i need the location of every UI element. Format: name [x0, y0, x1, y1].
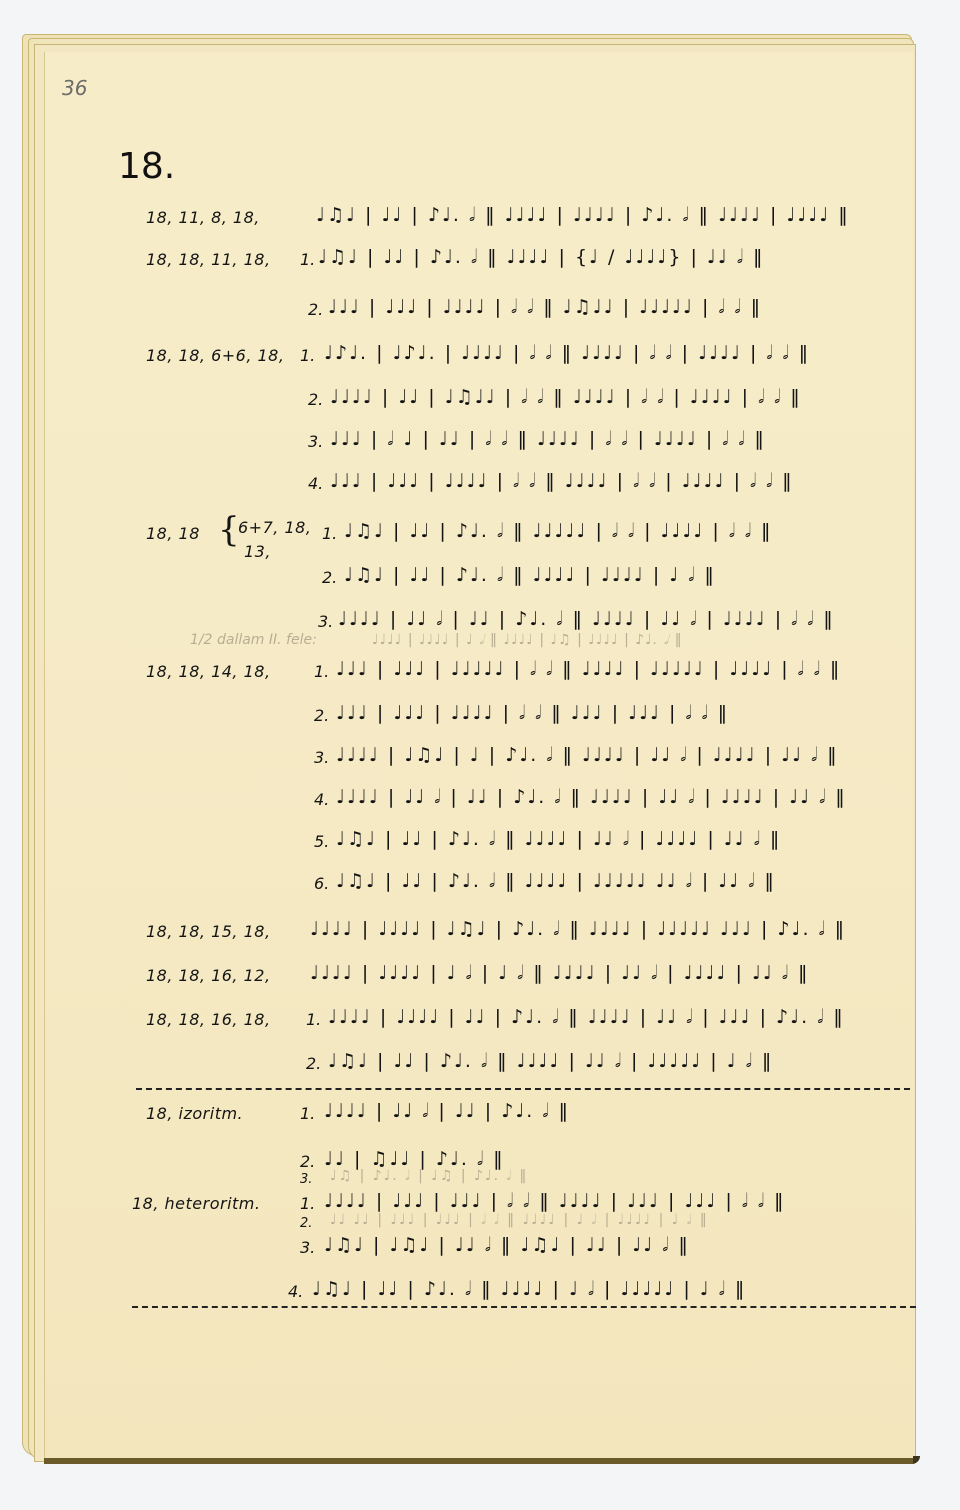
pencil-rhythm: ♩♩♩♩ | ♩♩♩♩ | ♩ 𝅗𝅥 ‖ ♩♩♩♩ | ♩♫ | ♩♩♩♩ | …: [372, 632, 683, 648]
rhythm-line: ♩♩♩♩ | ♩♩♩♩ | ♩ 𝅗𝅥 | ♩ 𝅗𝅥 ‖ ♩♩♩♩ | ♩♩ 𝅗𝅥…: [310, 962, 810, 984]
line-number: 3.: [308, 432, 323, 451]
entry-label: 18, 18, 11, 18,: [146, 250, 271, 269]
rhythm-line: ♩♩♩♩ | ♩♩ 𝅗𝅥 | ♩♩ | ♪♩. 𝅗𝅥 ‖ ♩♩♩♩ | ♩♩ 𝅗…: [336, 786, 847, 808]
dashed-separator-top: [136, 1088, 910, 1090]
rhythm-line: ♩♫♩ | ♩♩ | ♪♩. 𝅗𝅥 ‖ ♩♩♩♩ | ♩♩ 𝅗𝅥 | ♩♩♩♩ …: [336, 828, 781, 850]
entry-label: 18, 18, 6+6, 18,: [146, 346, 284, 365]
line-number: 1.: [314, 662, 329, 681]
brace-option-bottom: 13,: [244, 542, 271, 561]
line-number: 4.: [288, 1282, 303, 1301]
page-number: 36: [62, 76, 87, 100]
entry-label: 18, izoritm.: [146, 1104, 243, 1123]
rhythm-line: ♩♫♩ | ♩♩ | ♪♩. 𝅗𝅥 ‖ ♩♩♩♩♩ | 𝅗𝅥 𝅗𝅥 | ♩♩♩♩…: [344, 520, 773, 542]
rhythm-line-faint: ♩♩ ♩♩ | ♩♩♩ | ♩♩♩ | 𝅗𝅥 𝅗𝅥 ‖ ♩♩♩♩ | ♩ 𝅗𝅥 …: [330, 1212, 709, 1228]
line-number: 4.: [308, 474, 323, 493]
entry-label: 18, 11, 8, 18,: [146, 208, 260, 227]
rhythm-line: ♩♫♩ | ♩♩ | ♪♩. 𝅗𝅥 ‖ ♩♩♩♩ | ♩♩♩♩♩ ♩♩ 𝅗𝅥 |…: [336, 870, 776, 892]
entry-label: 18, 18, 16, 12,: [146, 966, 271, 985]
rhythm-line: ♩♩♩ | ♩♩♩ | ♩♩♩♩♩ | 𝅗𝅥 𝅗𝅥 ‖ ♩♩♩♩ | ♩♩♩♩♩…: [336, 658, 841, 680]
rhythm-line: ♩♩♩ | 𝅗𝅥 ♩ | ♩♩ | 𝅗𝅥 𝅗𝅥 ‖ ♩♩♩♩ | 𝅗𝅥 𝅗𝅥 |…: [330, 428, 766, 450]
line-number: 1.: [322, 524, 337, 543]
rhythm-line-faint: ♩♫ | ♪♩. 𝅗𝅥 | ♩♫ | ♪♩. 𝅗𝅥 ‖: [330, 1168, 528, 1184]
rhythm-line: ♩♫♩ | ♩♩ | ♪♩. 𝅗𝅥 ‖ ♩♩♩♩ | ♩♩ 𝅗𝅥 | ♩♩♩♩♩…: [328, 1050, 773, 1072]
line-number: 1.: [300, 250, 315, 269]
line-number: 6.: [314, 874, 329, 893]
line-number: 3.: [314, 748, 329, 767]
rhythm-line: ♩♫♩ | ♩♩ | ♪♩. 𝅗𝅥 ‖ ♩♩♩♩ | ♩♩♩♩ | ♪♩. 𝅗𝅥…: [316, 204, 850, 226]
rhythm-line: ♩♩♩♩ | ♩♫♩ | ♩ | ♪♩. 𝅗𝅥 ‖ ♩♩♩♩ | ♩♩ 𝅗𝅥 |…: [336, 744, 839, 766]
brace-option-top: 6+7, 18,: [238, 518, 311, 537]
line-number: 3.: [318, 612, 333, 631]
line-number: 2.: [306, 1054, 321, 1073]
rhythm-line: ♩♩♩♩ | ♩♩♩♩ | ♩♩ | ♪♩. 𝅗𝅥 ‖ ♩♩♩♩ | ♩♩ 𝅗𝅥…: [328, 1006, 845, 1028]
rhythm-line: ♩♩♩♩ | ♩♩ 𝅗𝅥 | ♩♩ | ♪♩. 𝅗𝅥 ‖: [324, 1100, 570, 1122]
line-number: 4.: [314, 790, 329, 809]
line-number: 2.: [322, 568, 337, 587]
line-number: 1.: [300, 1194, 315, 1213]
rhythm-line: ♩♫♩ | ♩♩ | ♪♩. 𝅗𝅥 ‖ ♩♩♩♩ | ♩♩♩♩ | ♩ 𝅗𝅥 ‖: [344, 564, 716, 586]
entry-label: 18, 18, 15, 18,: [146, 922, 271, 941]
line-number: 2.: [300, 1216, 312, 1231]
entry-label: 18, 18: [146, 524, 200, 543]
line-number: 1.: [300, 346, 315, 365]
rhythm-line: ♩♩♩ | ♩♩♩ | ♩♩♩♩ | 𝅗𝅥 𝅗𝅥 ‖ ♩♫♩♩ | ♩♩♩♩♩ …: [328, 296, 762, 318]
line-number: 2.: [308, 390, 323, 409]
rhythm-line: ♩♩♩ | ♩♩♩ | ♩♩♩♩ | 𝅗𝅥 𝅗𝅥 ‖ ♩♩♩ | ♩♩♩ | 𝅗…: [336, 702, 729, 724]
entry-label: 18, 18, 14, 18,: [146, 662, 271, 681]
line-number: 1.: [300, 1104, 315, 1123]
brace-symbol: {: [218, 510, 240, 550]
rhythm-line: ♩♫♩ | ♩♩ | ♪♩. 𝅗𝅥 ‖ ♩♩♩♩ | ♩ 𝅗𝅥 | ♩♩♩♩♩ …: [312, 1278, 746, 1300]
entry-label: 18, 18, 16, 18,: [146, 1010, 271, 1029]
rhythm-line: ♩♫♩ | ♩♫♩ | ♩♩ 𝅗𝅥 ‖ ♩♫♩ | ♩♩ | ♩♩ 𝅗𝅥 ‖: [324, 1234, 690, 1256]
rhythm-line: ♩♩♩♩ | ♩♩ | ♩♫♩♩ | 𝅗𝅥 𝅗𝅥 ‖ ♩♩♩♩ | 𝅗𝅥 𝅗𝅥 …: [330, 386, 802, 408]
rhythm-line: ♩♪♩. | ♩♪♩. | ♩♩♩♩ | 𝅗𝅥 𝅗𝅥 ‖ ♩♩♩♩ | 𝅗𝅥 𝅗…: [324, 342, 810, 364]
rhythm-line: ♩♩♩♩ | ♩♩ 𝅗𝅥 | ♩♩ | ♪♩. 𝅗𝅥 ‖ ♩♩♩♩ | ♩♩ 𝅗…: [338, 608, 835, 630]
line-number: 3.: [300, 1172, 312, 1187]
rhythm-line: ♩♩♩ | ♩♩♩ | ♩♩♩♩ | 𝅗𝅥 𝅗𝅥 ‖ ♩♩♩♩ | 𝅗𝅥 𝅗𝅥 …: [330, 470, 794, 492]
rhythm-line: ♩♫♩ | ♩♩ | ♪♩. 𝅗𝅥 ‖ ♩♩♩♩ | {♩ / ♩♩♩♩} | …: [318, 246, 764, 268]
section-title: 18.: [118, 146, 175, 187]
line-number: 3.: [300, 1238, 315, 1257]
dashed-separator-bottom: [132, 1306, 916, 1308]
line-number: 5.: [314, 832, 329, 851]
rhythm-line: ♩♩♩♩ | ♩♩♩ | ♩♩♩ | 𝅗𝅥 𝅗𝅥 ‖ ♩♩♩♩ | ♩♩♩ | …: [324, 1190, 786, 1212]
line-number: 2.: [308, 300, 323, 319]
line-number: 2.: [314, 706, 329, 725]
rhythm-line: ♩♩ | ♫♩♩ | ♪♩. 𝅗𝅥 ‖: [324, 1148, 505, 1170]
pencil-note: 1/2 dallam II. fele:: [190, 632, 317, 648]
line-number: 1.: [306, 1010, 321, 1029]
entry-label: 18, heteroritm.: [132, 1194, 260, 1213]
line-number: 2.: [300, 1152, 315, 1171]
rhythm-line: ♩♩♩♩ | ♩♩♩♩ | ♩♫♩ | ♪♩. 𝅗𝅥 ‖ ♩♩♩♩ | ♩♩♩♩…: [310, 918, 846, 940]
